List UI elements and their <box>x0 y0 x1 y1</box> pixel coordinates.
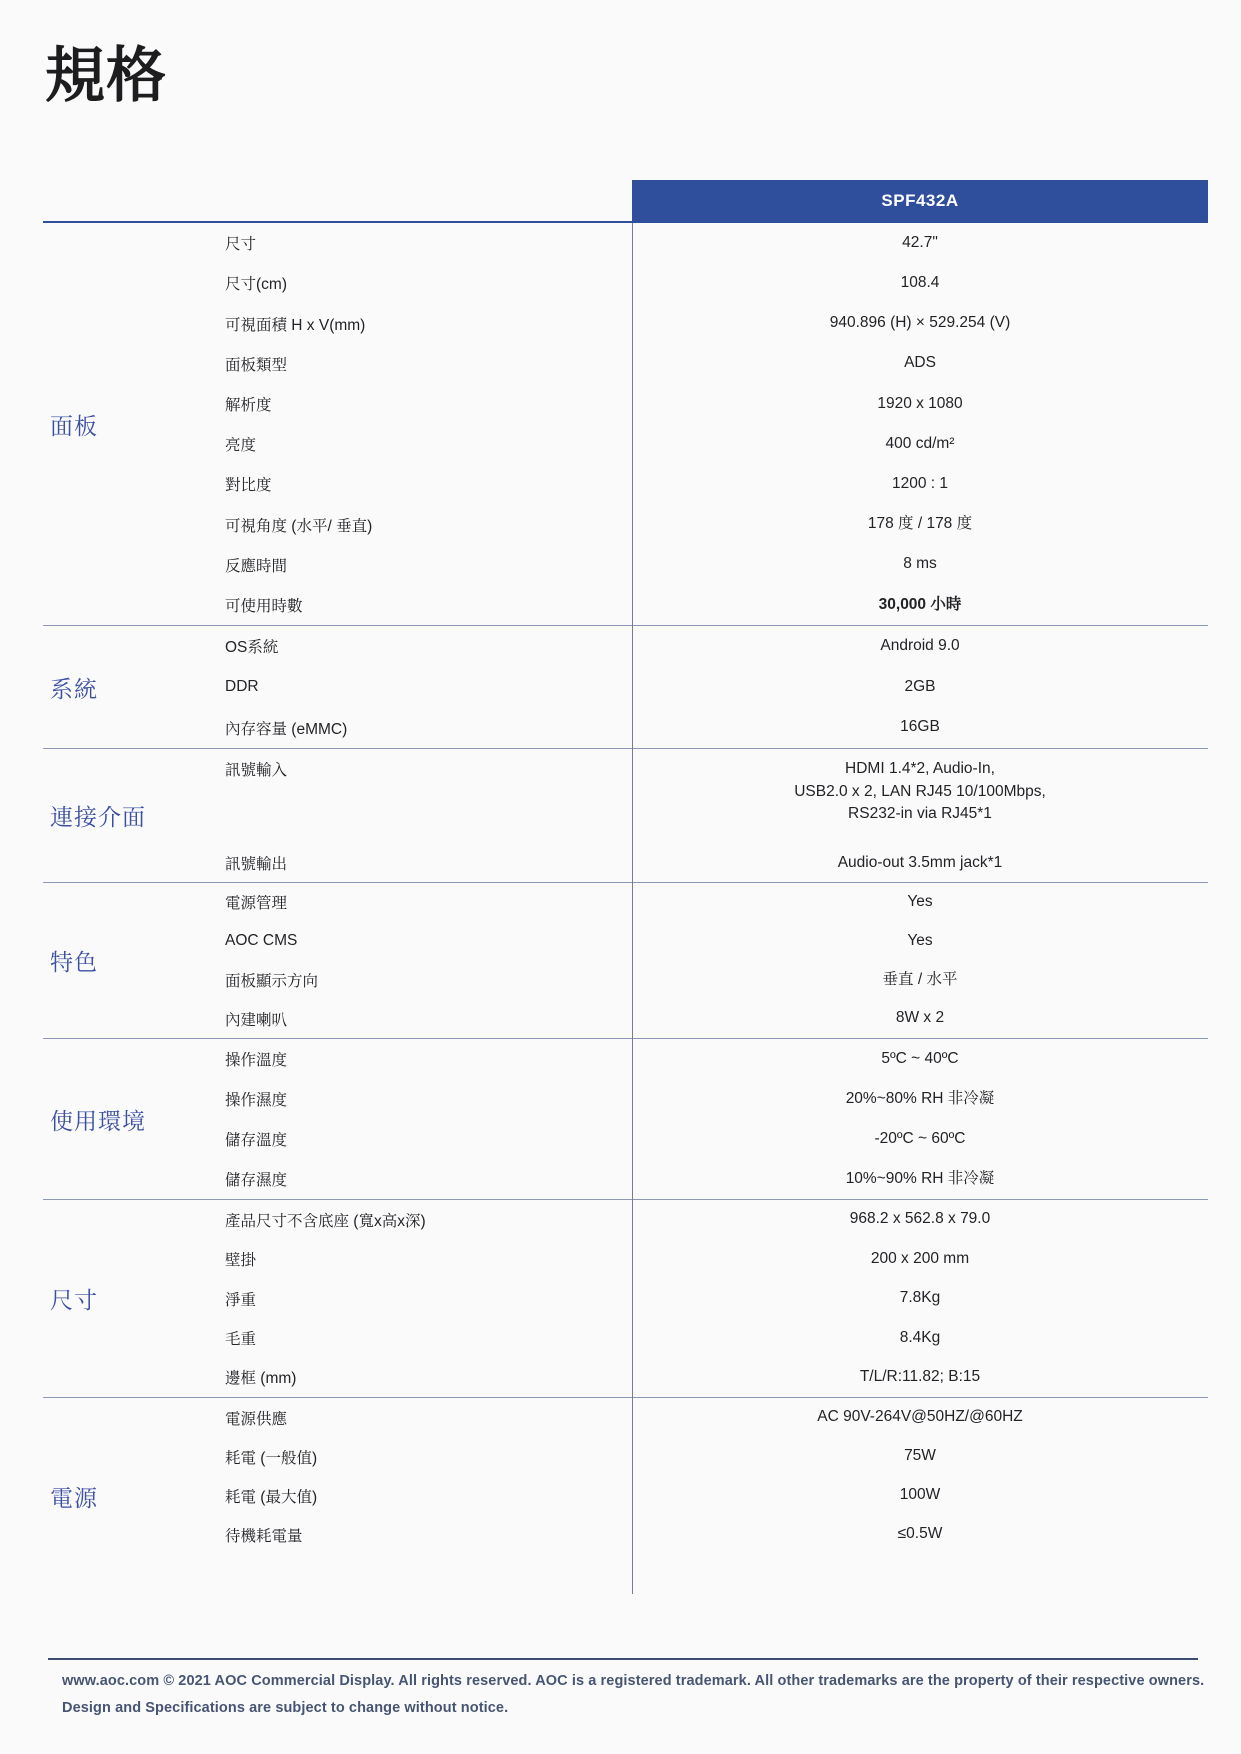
spec-value: 8.4Kg <box>632 1327 1208 1350</box>
spec-label: 操作溫度 <box>225 1048 632 1070</box>
spec-table: SPF432A 面板尺寸42.7"尺寸(cm)108.4可視面積 H x V(m… <box>43 180 1208 1594</box>
spec-label: 面板顯示方向 <box>225 969 632 991</box>
spec-row: 亮度400 cd/m² <box>225 424 1208 464</box>
spec-label: 操作濕度 <box>225 1088 632 1110</box>
spec-label: 訊號輸出 <box>225 852 632 874</box>
spec-value: 42.7" <box>632 232 1208 255</box>
category-cell: 特色 <box>43 883 225 1038</box>
spec-section: 使用環境操作溫度5ºC ~ 40ºC操作濕度20%~80% RH 非冷凝儲存溫度… <box>43 1038 1208 1199</box>
spec-row: 壁掛200 x 200 mm <box>225 1239 1208 1278</box>
spec-label: DDR <box>225 678 632 696</box>
spec-row: 儲存濕度10%~90% RH 非冷凝 <box>225 1159 1208 1199</box>
spec-row: 尺寸42.7" <box>225 223 1208 263</box>
section-rows: OS系統Android 9.0DDR2GB內存容量 (eMMC)16GB <box>225 626 1208 748</box>
spec-row: 毛重8.4Kg <box>225 1318 1208 1357</box>
spec-label: 邊框 (mm) <box>225 1366 632 1388</box>
spec-value: 垂直 / 水平 <box>632 969 1208 992</box>
spec-value: 2GB <box>632 676 1208 699</box>
spec-value: 30,000 小時 <box>632 594 1208 617</box>
spec-label: 淨重 <box>225 1288 632 1310</box>
spec-value: 8 ms <box>632 553 1208 576</box>
spec-value: 940.896 (H) × 529.254 (V) <box>632 312 1208 335</box>
spec-table-body: 面板尺寸42.7"尺寸(cm)108.4可視面積 H x V(mm)940.89… <box>43 221 1208 1594</box>
spec-section: 尺寸產品尺寸不含底座 (寬x高x深)968.2 x 562.8 x 79.0壁掛… <box>43 1199 1208 1397</box>
spec-row: 待機耗電量≤0.5W <box>225 1515 1208 1554</box>
spec-label: 儲存濕度 <box>225 1168 632 1190</box>
section-rows: 訊號輸入HDMI 1.4*2, Audio-In,USB2.0 x 2, LAN… <box>225 749 1208 882</box>
spec-row: 耗電 (最大值)100W <box>225 1476 1208 1515</box>
spec-value: Android 9.0 <box>632 635 1208 658</box>
spec-label: 內建喇叭 <box>225 1008 632 1030</box>
category-cell: 系統 <box>43 626 225 748</box>
category-label: 電源 <box>50 1480 98 1513</box>
spec-value: 200 x 200 mm <box>632 1248 1208 1271</box>
spec-row: 操作溫度5ºC ~ 40ºC <box>225 1039 1208 1079</box>
spec-label: 可使用時數 <box>225 594 632 616</box>
spec-label: 可視角度 (水平/ 垂直) <box>225 514 632 536</box>
spec-value: 8W x 2 <box>632 1007 1208 1030</box>
spec-value: 968.2 x 562.8 x 79.0 <box>632 1208 1208 1231</box>
section-rows: 電源供應AC 90V-264V@50HZ/@60HZ耗電 (一般值)75W耗電 … <box>225 1398 1208 1594</box>
header-spacer <box>43 180 632 221</box>
footer-copyright: www.aoc.com © 2021 AOC Commercial Displa… <box>62 1673 1198 1689</box>
spec-label: 尺寸 <box>225 232 632 254</box>
spec-label: 面板類型 <box>225 353 632 375</box>
spec-value: ADS <box>632 352 1208 375</box>
category-label: 系統 <box>50 671 98 704</box>
category-label: 尺寸 <box>50 1282 98 1315</box>
spec-label: 儲存溫度 <box>225 1128 632 1150</box>
spec-label: 產品尺寸不含底座 (寬x高x深) <box>225 1209 632 1231</box>
spec-label: 可視面積 H x V(mm) <box>225 313 632 335</box>
footer-disclaimer: Design and Specifications are subject to… <box>62 1700 1198 1716</box>
model-name: SPF432A <box>881 191 958 211</box>
category-label: 使用環境 <box>50 1103 146 1136</box>
spec-value: 1920 x 1080 <box>632 393 1208 416</box>
spec-row: AOC CMSYes <box>225 922 1208 961</box>
spec-label: 反應時間 <box>225 554 632 576</box>
category-cell: 電源 <box>43 1398 225 1594</box>
spec-label: AOC CMS <box>225 932 632 950</box>
section-rows: 電源管理YesAOC CMSYes面板顯示方向垂直 / 水平內建喇叭8W x 2 <box>225 883 1208 1038</box>
model-header-bar: SPF432A <box>632 180 1208 221</box>
spec-value: -20ºC ~ 60ºC <box>632 1128 1208 1151</box>
spec-value: 10%~90% RH 非冷凝 <box>632 1168 1208 1191</box>
spec-sheet-page: 規格 SPF432A 面板尺寸42.7"尺寸(cm)108.4可視面積 H x … <box>0 0 1241 1754</box>
spec-row: 儲存溫度-20ºC ~ 60ºC <box>225 1119 1208 1159</box>
spec-row: 可視角度 (水平/ 垂直)178 度 / 178 度 <box>225 504 1208 544</box>
spec-value: AC 90V-264V@50HZ/@60HZ <box>632 1406 1208 1429</box>
category-label: 特色 <box>50 944 98 977</box>
column-divider <box>632 223 633 1594</box>
spec-value: Yes <box>632 930 1208 953</box>
spec-label: 解析度 <box>225 393 632 415</box>
category-cell: 使用環境 <box>43 1039 225 1199</box>
spec-value: 108.4 <box>632 272 1208 295</box>
section-rows: 產品尺寸不含底座 (寬x高x深)968.2 x 562.8 x 79.0壁掛20… <box>225 1200 1208 1397</box>
spec-section: 電源電源供應AC 90V-264V@50HZ/@60HZ耗電 (一般值)75W耗… <box>43 1397 1208 1594</box>
spec-label: OS系統 <box>225 635 632 657</box>
spec-label: 對比度 <box>225 473 632 495</box>
spec-value: 75W <box>632 1445 1208 1468</box>
spec-value: Audio-out 3.5mm jack*1 <box>632 852 1208 875</box>
spec-row: 訊號輸入HDMI 1.4*2, Audio-In,USB2.0 x 2, LAN… <box>225 749 1208 844</box>
spec-value: Yes <box>632 891 1208 914</box>
spec-label: 電源供應 <box>225 1407 632 1429</box>
spec-value: 20%~80% RH 非冷凝 <box>632 1088 1208 1111</box>
spec-row: 面板顯示方向垂直 / 水平 <box>225 961 1208 1000</box>
category-cell: 尺寸 <box>43 1200 225 1397</box>
spec-section: 面板尺寸42.7"尺寸(cm)108.4可視面積 H x V(mm)940.89… <box>43 223 1208 625</box>
spec-label: 電源管理 <box>225 891 632 913</box>
spec-row: 可使用時數30,000 小時 <box>225 585 1208 625</box>
spec-row: 淨重7.8Kg <box>225 1279 1208 1318</box>
spec-section: 系統OS系統Android 9.0DDR2GB內存容量 (eMMC)16GB <box>43 625 1208 748</box>
spec-value: 7.8Kg <box>632 1287 1208 1310</box>
spec-row: 操作濕度20%~80% RH 非冷凝 <box>225 1079 1208 1119</box>
spec-row: 內存容量 (eMMC)16GB <box>225 707 1208 748</box>
spec-value: 400 cd/m² <box>632 433 1208 456</box>
spec-row: 解析度1920 x 1080 <box>225 384 1208 424</box>
spec-row: 可視面積 H x V(mm)940.896 (H) × 529.254 (V) <box>225 303 1208 343</box>
spec-value: 5ºC ~ 40ºC <box>632 1048 1208 1071</box>
spec-value: 16GB <box>632 716 1208 739</box>
spec-row: 內建喇叭8W x 2 <box>225 999 1208 1038</box>
page-title: 規格 <box>0 0 1241 107</box>
spec-value: 100W <box>632 1484 1208 1507</box>
spec-row: 電源供應AC 90V-264V@50HZ/@60HZ <box>225 1398 1208 1437</box>
category-cell: 連接介面 <box>43 749 225 882</box>
spec-row: 耗電 (一般值)75W <box>225 1437 1208 1476</box>
section-rows: 操作溫度5ºC ~ 40ºC操作濕度20%~80% RH 非冷凝儲存溫度-20º… <box>225 1039 1208 1199</box>
spec-label: 耗電 (一般值) <box>225 1446 632 1468</box>
spec-label: 內存容量 (eMMC) <box>225 717 632 739</box>
spec-row: DDR2GB <box>225 667 1208 708</box>
spec-label: 亮度 <box>225 433 632 455</box>
spec-section: 特色電源管理YesAOC CMSYes面板顯示方向垂直 / 水平內建喇叭8W x… <box>43 882 1208 1038</box>
spec-row: 尺寸(cm)108.4 <box>225 263 1208 303</box>
category-cell: 面板 <box>43 223 225 625</box>
spec-label: 耗電 (最大值) <box>225 1485 632 1507</box>
spec-row: 電源管理Yes <box>225 883 1208 922</box>
spec-label: 壁掛 <box>225 1248 632 1270</box>
spec-value: ≤0.5W <box>632 1523 1208 1546</box>
spec-label: 尺寸(cm) <box>225 272 632 294</box>
spec-row: 邊框 (mm)T/L/R:11.82; B:15 <box>225 1358 1208 1397</box>
category-label: 連接介面 <box>50 799 146 832</box>
spec-row: 產品尺寸不含底座 (寬x高x深)968.2 x 562.8 x 79.0 <box>225 1200 1208 1239</box>
spec-row: OS系統Android 9.0 <box>225 626 1208 667</box>
spec-row: 對比度1200 : 1 <box>225 464 1208 504</box>
footer: www.aoc.com © 2021 AOC Commercial Displa… <box>48 1658 1198 1727</box>
spec-value: 178 度 / 178 度 <box>632 513 1208 536</box>
section-rows: 尺寸42.7"尺寸(cm)108.4可視面積 H x V(mm)940.896 … <box>225 223 1208 625</box>
spec-row: 訊號輸出Audio-out 3.5mm jack*1 <box>225 844 1208 882</box>
spec-section: 連接介面訊號輸入HDMI 1.4*2, Audio-In,USB2.0 x 2,… <box>43 748 1208 882</box>
spec-row: 面板類型ADS <box>225 344 1208 384</box>
spec-table-header: SPF432A <box>43 180 1208 221</box>
spec-value: HDMI 1.4*2, Audio-In,USB2.0 x 2, LAN RJ4… <box>632 749 1208 826</box>
spec-label: 訊號輸入 <box>225 749 632 780</box>
spec-value: T/L/R:11.82; B:15 <box>632 1366 1208 1389</box>
spec-row: 反應時間8 ms <box>225 545 1208 585</box>
spec-label: 毛重 <box>225 1327 632 1349</box>
category-label: 面板 <box>50 408 98 441</box>
spec-label: 待機耗電量 <box>225 1524 632 1546</box>
spec-value: 1200 : 1 <box>632 473 1208 496</box>
